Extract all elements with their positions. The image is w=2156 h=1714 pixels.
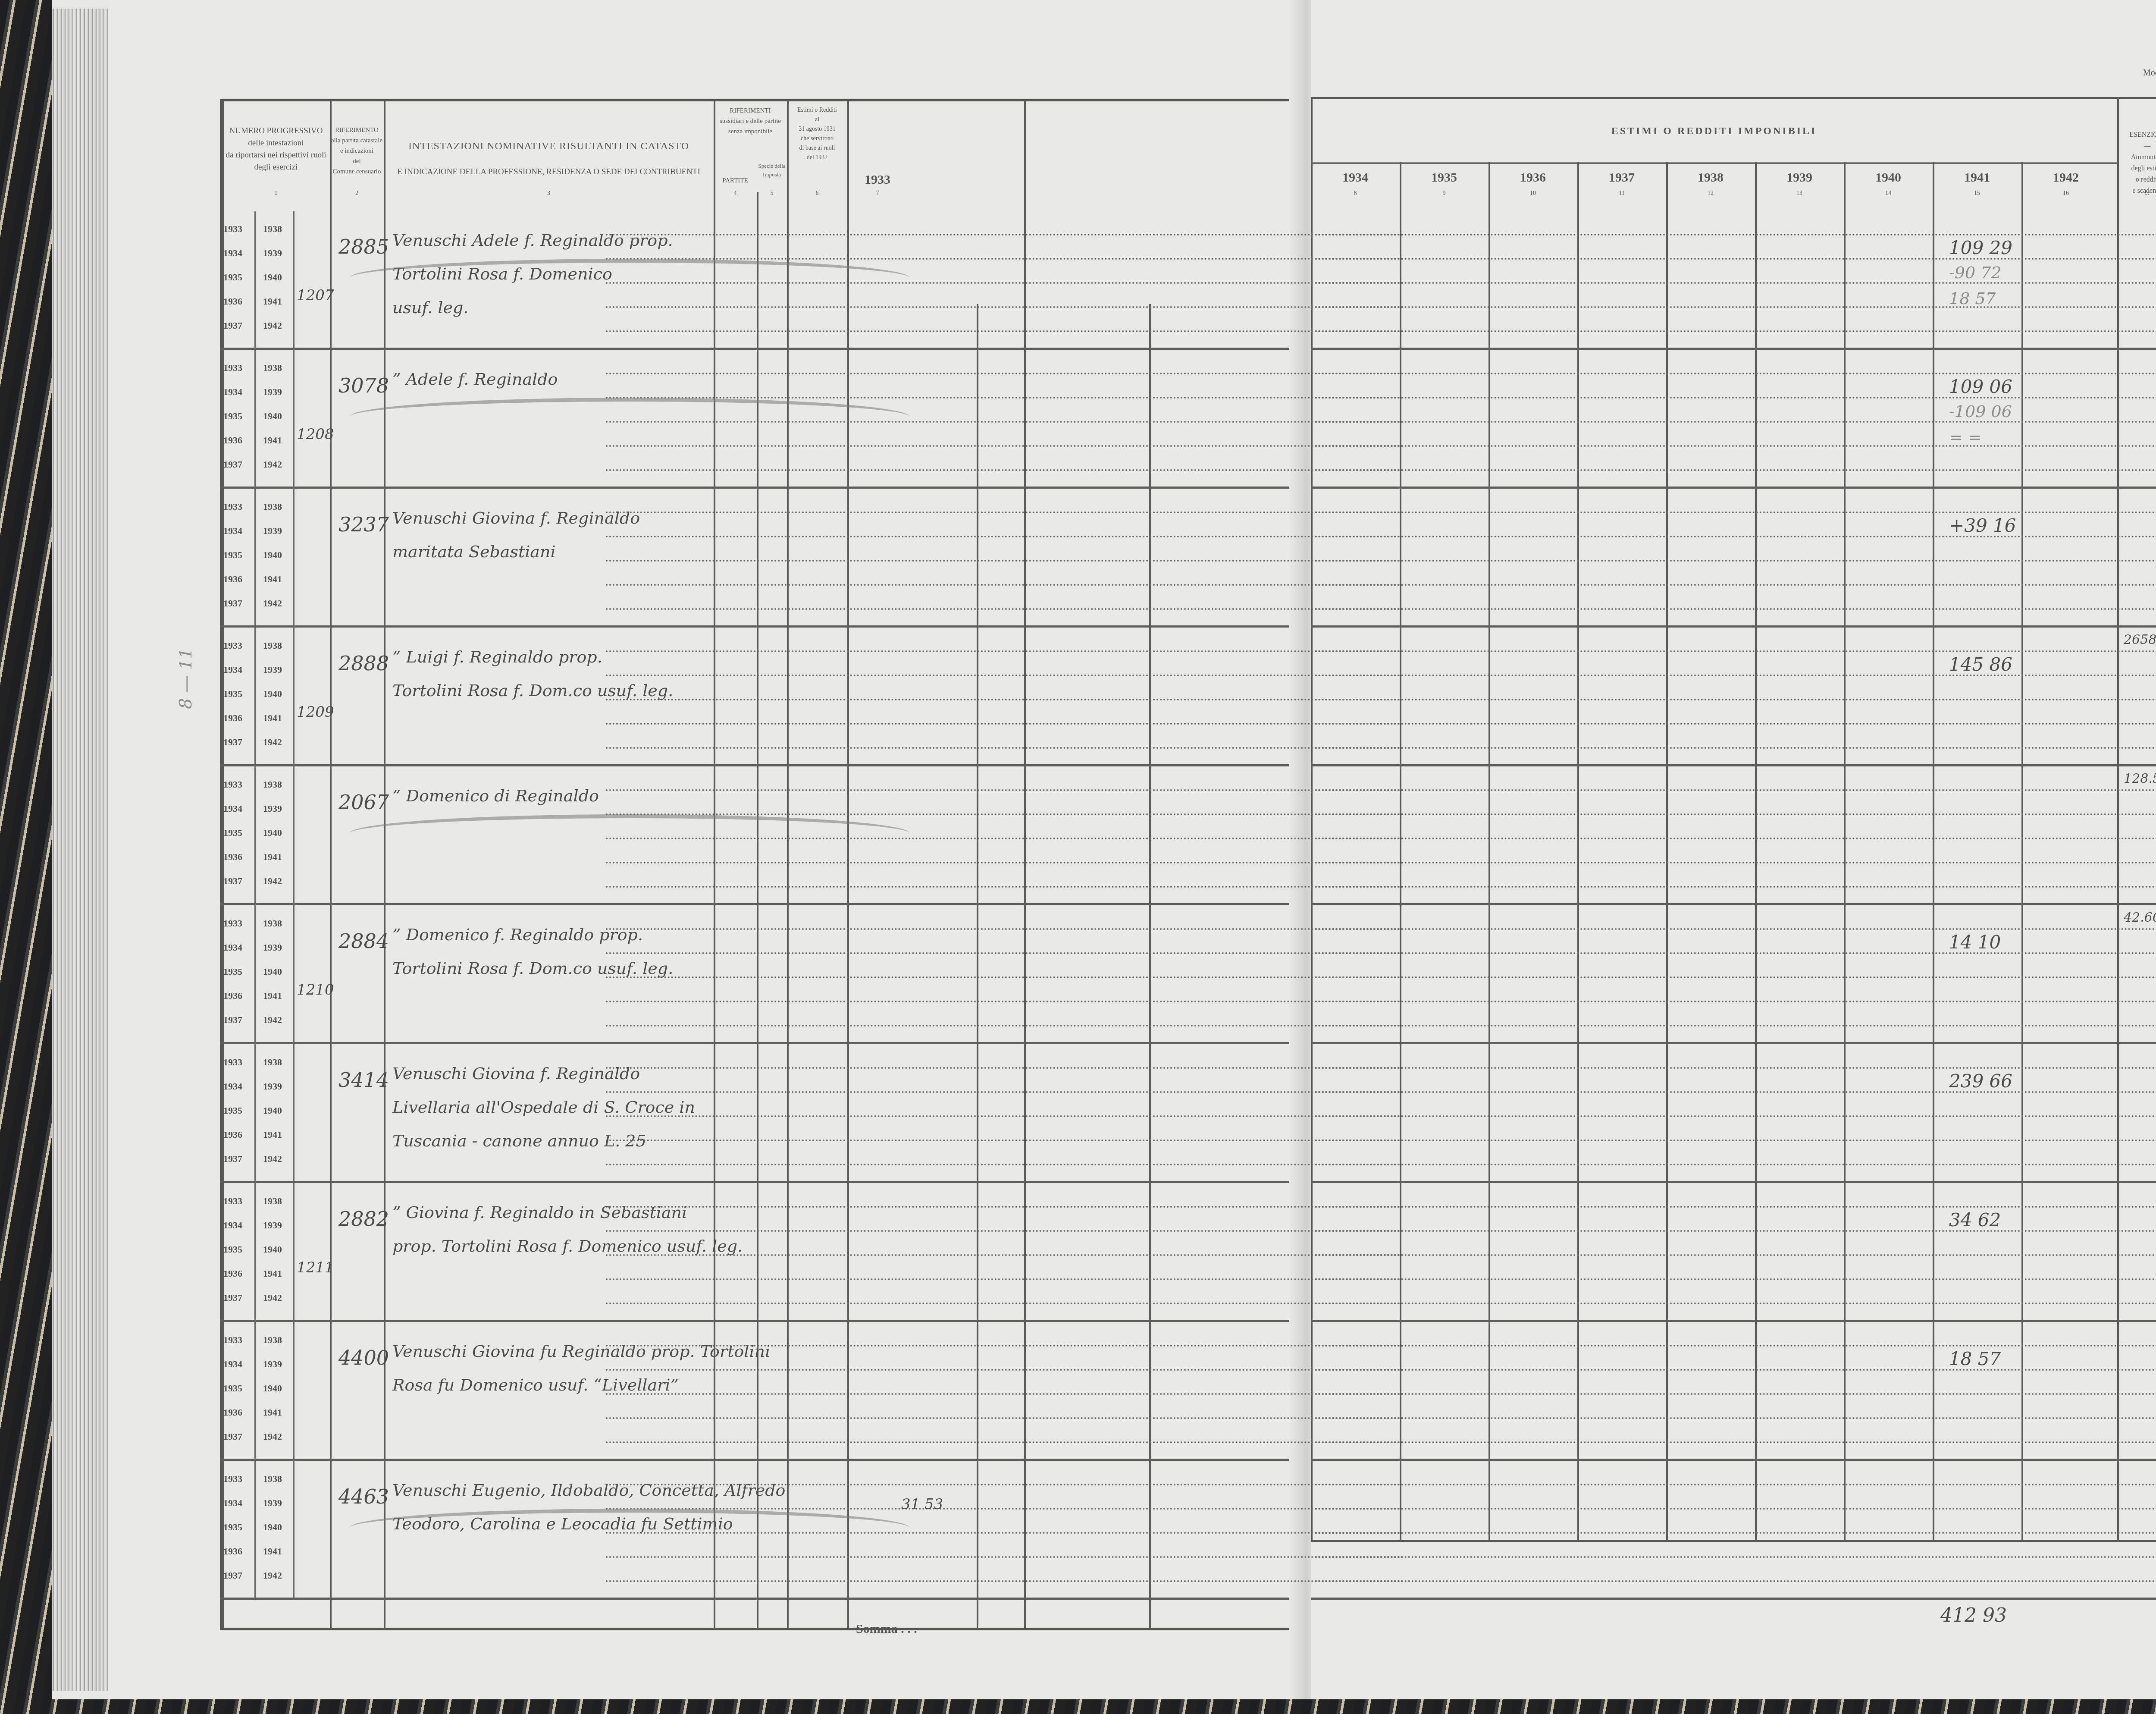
dotted-rule: [606, 1115, 1404, 1117]
year-label: 1940: [263, 272, 282, 283]
year-label: 1935: [223, 688, 242, 700]
year-col-line: [1577, 162, 1579, 1540]
dotted-rule: [1315, 1393, 2156, 1395]
year-label: 1941: [263, 1129, 282, 1140]
year-divider: [1311, 162, 2117, 164]
dotted-rule: [606, 608, 1404, 610]
value-1941: 14 10: [1949, 932, 2001, 953]
partita-number: 4400: [338, 1346, 389, 1369]
year-label: 1942: [263, 1431, 282, 1442]
year-header: 1937: [1577, 170, 1666, 185]
dotted-rule: [606, 1417, 1404, 1419]
year-label: 1941: [263, 435, 282, 446]
year-label: 1936: [223, 574, 242, 585]
dotted-rule: [1315, 258, 2156, 260]
dotted-rule: [1315, 1206, 2156, 1208]
dotted-rule: [606, 886, 1404, 888]
year-label: 1933: [223, 918, 242, 929]
dotted-rule: [1315, 1417, 2156, 1419]
dotted-rule: [606, 1091, 1404, 1093]
dotted-rule: [1315, 1556, 2156, 1558]
col-num: 10: [1489, 188, 1577, 200]
year-label: 1941: [263, 713, 282, 724]
dotted-rule: [606, 1508, 1404, 1510]
dotted-rule: [1315, 1278, 2156, 1280]
intestazione-line: Venuschi Eugenio, Ildobaldo, Concetta, A…: [392, 1481, 786, 1500]
dotted-rule: [606, 862, 1404, 863]
dotted-rule: [1315, 397, 2156, 399]
partita-number: 4463: [338, 1485, 389, 1508]
year-label: 1933: [223, 362, 242, 374]
col-line: [293, 767, 295, 906]
year-col-line: [1933, 162, 1934, 1540]
dotted-rule: [1315, 560, 2156, 562]
year-label: 1939: [263, 664, 282, 675]
year-label: 1940: [263, 1522, 282, 1533]
year-label: 1936: [223, 1268, 242, 1279]
row-divider: [1311, 1181, 2156, 1183]
year-label: 1938: [263, 501, 282, 512]
row-divider: [220, 903, 1289, 905]
year-label: 1935: [223, 549, 242, 561]
col4-header: PARTITE: [714, 175, 757, 187]
dotted-rule: [606, 1303, 1404, 1304]
dotted-rule: [606, 723, 1404, 725]
esenzioni-header: ESENZIONI — Ammontare degli estimi o red…: [2117, 129, 2156, 197]
partita-number: 3237: [338, 513, 389, 536]
year-label: 1936: [223, 713, 242, 724]
dotted-rule: [1315, 650, 2156, 652]
esenzione-value: 2658: [2124, 632, 2156, 647]
year-label: 1942: [263, 737, 282, 748]
right-page: Mod. 111 - Imposte Dirette (Intercalare)…: [1311, 0, 2156, 1699]
dotted-rule: [1315, 1441, 2156, 1443]
intestazione-line: ” Domenico di Reginaldo: [392, 786, 599, 805]
col-num: 12: [1666, 188, 1755, 200]
partita-number: 3414: [338, 1068, 389, 1092]
esenzione-value: 128.58: [2124, 771, 2156, 786]
year-label: 1936: [223, 296, 242, 307]
dotted-rule: [1315, 306, 2156, 308]
col1-header: NUMERO PROGRESSIVO delle intestazioni da…: [222, 125, 330, 173]
col7-header: 1933: [847, 173, 908, 187]
year-label: 1939: [263, 942, 282, 953]
col5-header: Specie della Imposta: [757, 162, 787, 179]
year-header: 1935: [1400, 170, 1489, 185]
intestazione-line: Tortolini Rosa f. Dom.co usuf. leg.: [392, 959, 673, 978]
group-title: ESTIMI O REDDITI IMPONIBILI: [1311, 125, 2117, 137]
dotted-rule: [1315, 952, 2156, 954]
col4-5-header: RIFERIMENTI sussidiari e delle partite s…: [714, 106, 787, 137]
right-table: ESTIMI O REDDITI IMPONIBILI ESENZIONI — …: [1311, 97, 2156, 1542]
sequence-note: 1211: [297, 1259, 334, 1276]
col-line: [293, 1045, 295, 1183]
year-label: 1942: [263, 459, 282, 470]
dotted-rule: [606, 976, 1404, 978]
dotted-rule: [1315, 1140, 2156, 1141]
dotted-rule: [1315, 1532, 2156, 1534]
col-line: [293, 350, 295, 489]
year-label: 1936: [223, 851, 242, 863]
intestazione-line: ” Adele f. Reginaldo: [392, 370, 558, 389]
intestazione-line: Tortolini Rosa f. Dom.co usuf. leg.: [392, 681, 673, 700]
year-label: 1936: [223, 1546, 242, 1557]
row-divider: [1311, 487, 2156, 489]
dotted-rule: [606, 952, 1404, 954]
year-label: 1941: [263, 574, 282, 585]
year-label: 1937: [223, 459, 242, 470]
year-label: 1936: [223, 435, 242, 446]
year-label: 1937: [223, 876, 242, 887]
value-1941: 18 57: [1949, 1348, 2001, 1369]
intestazione-line: ” Domenico f. Reginaldo prop.: [392, 925, 643, 944]
col-line: [254, 628, 256, 767]
row-divider: [1311, 1598, 2156, 1600]
intestazione-line: Venuschi Adele f. Reginaldo prop.: [392, 231, 673, 250]
esenzione-value: 42.60: [2124, 910, 2156, 925]
year-label: 1938: [263, 362, 282, 374]
row-divider: [1311, 1320, 2156, 1322]
intestazione-line: Venuschi Giovina fu Reginaldo prop. Tort…: [392, 1342, 770, 1361]
dotted-rule: [1315, 747, 2156, 749]
dotted-rule: [606, 1369, 1404, 1371]
year-label: 1939: [263, 1497, 282, 1509]
dotted-rule: [606, 1025, 1404, 1027]
dotted-rule: [1315, 1025, 2156, 1027]
dotted-rule: [606, 536, 1404, 537]
col-num: 2: [330, 188, 384, 200]
dotted-rule: [1315, 421, 2156, 423]
cancellation-stroke: [349, 814, 910, 853]
dotted-rule: [1315, 1001, 2156, 1002]
dotted-rule: [1315, 1091, 2156, 1093]
dotted-rule: [606, 469, 1404, 471]
value-1941-adjustment: -90 72: [1949, 263, 2002, 282]
row-divider: [1311, 625, 2156, 628]
partita-number: 2882: [338, 1207, 389, 1231]
col-num: 1: [222, 188, 330, 200]
row-divider: [220, 348, 1289, 350]
dotted-rule: [1315, 1115, 2156, 1117]
year-label: 1937: [223, 1431, 242, 1442]
dotted-rule: [606, 650, 1404, 652]
dotted-rule: [606, 234, 1404, 235]
year-label: 1939: [263, 1220, 282, 1231]
dotted-rule: [606, 813, 1404, 815]
row-divider: [220, 1181, 1289, 1183]
cancellation-stroke: [349, 1509, 910, 1547]
year-label: 1937: [223, 1014, 242, 1026]
year-label: 1937: [223, 737, 242, 748]
value-1941: 145 86: [1949, 654, 2012, 675]
dotted-rule: [1315, 1303, 2156, 1304]
year-label: 1942: [263, 876, 282, 887]
dotted-rule: [606, 1556, 1404, 1558]
year-label: 1939: [263, 803, 282, 814]
row-divider: [220, 625, 1289, 628]
col-num: 11: [1577, 188, 1666, 200]
intestazione-line: ” Luigi f. Reginaldo prop.: [392, 647, 602, 666]
value-1941-adjustment: -109 06: [1949, 402, 2012, 421]
year-label: 1941: [263, 1407, 282, 1418]
year-label: 1939: [263, 525, 282, 537]
year-label: 1939: [263, 1081, 282, 1092]
value-1941: +39 16: [1949, 515, 2016, 536]
year-label: 1942: [263, 598, 282, 609]
col2-header: RIFERIMENTO alla partita catastale e ind…: [330, 125, 384, 177]
year-label: 1937: [223, 1292, 242, 1303]
col-num: 4: [714, 188, 757, 200]
dotted-rule: [1315, 1484, 2156, 1485]
sequence-note: 1209: [297, 703, 334, 721]
year-label: 1934: [223, 664, 242, 675]
dotted-rule: [1315, 234, 2156, 235]
year-label: 1941: [263, 1268, 282, 1279]
year-header: 1938: [1666, 170, 1755, 185]
model-label: Mod. 111 - Imposte Dirette (Intercalare)…: [2143, 68, 2156, 78]
year-label: 1935: [223, 1383, 242, 1394]
col6-header: Estimi o Redditi al 31 agosto 1931 che s…: [787, 106, 847, 163]
dotted-rule: [606, 1140, 1404, 1141]
year-label: 1938: [263, 1473, 282, 1485]
col-line: [254, 489, 256, 628]
intestazione-line: Venuschi Giovina f. Reginaldo: [392, 509, 640, 527]
year-label: 1940: [263, 688, 282, 700]
dotted-rule: [1315, 862, 2156, 863]
value-1941-adjustment: = =: [1949, 428, 1982, 447]
dotted-rule: [1315, 699, 2156, 700]
dotted-rule: [1315, 976, 2156, 978]
row-divider: [220, 487, 1289, 489]
col-num: 3: [384, 188, 714, 200]
year-label: 1934: [223, 1081, 242, 1092]
year-col-line: [1666, 162, 1668, 1540]
year-label: 1933: [223, 640, 242, 651]
dotted-rule: [606, 397, 1404, 399]
intestazione-line: maritata Sebastiani: [392, 542, 556, 561]
dotted-rule: [606, 330, 1404, 332]
col-num: 5: [757, 188, 787, 200]
dotted-rule: [1315, 1345, 2156, 1347]
left-table: NUMERO PROGRESSIVO delle intestazioni da…: [220, 99, 1291, 1630]
row-divider: [220, 1598, 1289, 1600]
year-label: 1936: [223, 990, 242, 1001]
sequence-note: 1208: [297, 426, 334, 443]
intestazione-line: Tuscania - canone annuo L. 25: [392, 1131, 646, 1150]
row-divider: [220, 1042, 1289, 1044]
partita-number: 2884: [338, 929, 389, 953]
dotted-rule: [1315, 282, 2156, 284]
dotted-rule: [1315, 1580, 2156, 1582]
col-line: [293, 906, 295, 1045]
dotted-rule: [1315, 608, 2156, 610]
year-label: 1938: [263, 918, 282, 929]
dotted-rule: [1315, 373, 2156, 374]
year-label: 1938: [263, 1057, 282, 1068]
dotted-rule: [1315, 928, 2156, 930]
col-line: [254, 767, 256, 906]
col-num: 17: [2117, 188, 2156, 200]
dotted-rule: [1315, 1369, 2156, 1371]
year-label: 1940: [263, 1105, 282, 1116]
col-line: [293, 211, 295, 350]
dotted-rule: [1315, 886, 2156, 888]
dotted-rule: [606, 1580, 1404, 1582]
year-label: 1938: [263, 223, 282, 235]
year-label: 1933: [223, 223, 242, 235]
dotted-rule: [606, 789, 1404, 791]
value-1941-adjustment: 18 57: [1949, 289, 1996, 308]
value-1941: 109 06: [1949, 376, 2012, 397]
dotted-rule: [1315, 512, 2156, 513]
col-num: 8: [1311, 188, 1400, 200]
dotted-rule: [1315, 675, 2156, 676]
dotted-rule: [606, 1067, 1404, 1069]
year-label: 1940: [263, 966, 282, 977]
sequence-note: 1210: [297, 981, 334, 998]
year-label: 1941: [263, 990, 282, 1001]
year-label: 1942: [263, 1014, 282, 1026]
dotted-rule: [606, 306, 1404, 308]
year-header: 1934: [1311, 170, 1400, 185]
dotted-rule: [606, 928, 1404, 930]
col-line: [293, 1183, 295, 1322]
year-label: 1940: [263, 827, 282, 838]
col-line: [254, 211, 256, 350]
year-col-line: [1755, 162, 1757, 1540]
year-label: 1935: [223, 411, 242, 422]
dotted-rule: [606, 1441, 1404, 1443]
value-1941: 109 29: [1949, 237, 2012, 258]
dotted-rule: [606, 747, 1404, 749]
col3-subtitle: E INDICAZIONE DELLA PROFESSIONE, RESIDEN…: [384, 166, 714, 178]
col-num: 6: [787, 188, 847, 200]
dotted-rule: [606, 1164, 1404, 1165]
dotted-rule: [1315, 838, 2156, 839]
year-label: 1934: [223, 1497, 242, 1509]
somma-label: Somma . . .: [856, 1622, 917, 1636]
year-label: 1940: [263, 1244, 282, 1255]
dotted-rule: [606, 373, 1404, 374]
year-label: 1933: [223, 501, 242, 512]
year-label: 1935: [223, 1522, 242, 1533]
dotted-rule: [606, 445, 1404, 447]
year-label: 1939: [263, 248, 282, 259]
row-divider: [220, 764, 1289, 766]
year-label: 1934: [223, 1220, 242, 1231]
year-header: 1941: [1933, 170, 2021, 185]
year-label: 1934: [223, 248, 242, 259]
year-col-line: [2021, 162, 2023, 1540]
year-label: 1935: [223, 272, 242, 283]
year-label: 1938: [263, 1334, 282, 1346]
dotted-rule: [606, 675, 1404, 676]
dotted-rule: [606, 584, 1404, 586]
year-col-line: [1400, 162, 1401, 1540]
col-line: [293, 489, 295, 628]
intestazione-line: usuf. leg.: [392, 298, 468, 317]
year-label: 1935: [223, 1244, 242, 1255]
year-label: 1937: [223, 1153, 242, 1165]
year-label: 1936: [223, 1407, 242, 1418]
dotted-rule: [1315, 469, 2156, 471]
dotted-rule: [606, 1393, 1404, 1395]
year-label: 1933: [223, 1057, 242, 1068]
cancellation-stroke: [349, 259, 910, 297]
partita-number: 2888: [338, 652, 389, 675]
col-line: [254, 1183, 256, 1322]
dotted-rule: [1315, 1230, 2156, 1232]
year-label: 1941: [263, 1546, 282, 1557]
partita-number: 2067: [338, 791, 389, 814]
year-label: 1933: [223, 1334, 242, 1346]
dotted-rule: [1315, 1254, 2156, 1256]
year-label: 1935: [223, 1105, 242, 1116]
row-divider: [220, 1459, 1289, 1461]
year-label: 1939: [263, 386, 282, 398]
year-col-line: [1489, 162, 1490, 1540]
col-line: [254, 1461, 256, 1600]
col-line: [254, 906, 256, 1045]
year-header: 1942: [2021, 170, 2110, 185]
intestazione-line: Venuschi Giovina f. Reginaldo: [392, 1064, 640, 1083]
dotted-rule: [1315, 1067, 2156, 1069]
year-label: 1933: [223, 1196, 242, 1207]
year-label: 1934: [223, 1359, 242, 1370]
col-num: 16: [2021, 188, 2110, 200]
margin-pencil-note: 8 — 11: [176, 648, 196, 709]
dotted-rule: [1315, 536, 2156, 537]
partita-number: 2885: [338, 235, 389, 258]
year-label: 1939: [263, 1359, 282, 1370]
value-1941: 239 66: [1949, 1070, 2012, 1092]
year-header: 1939: [1755, 170, 1844, 185]
year-header: 1940: [1844, 170, 1933, 185]
year-label: 1938: [263, 779, 282, 790]
sequence-note: 1207: [297, 287, 334, 304]
value-1941: 34 62: [1949, 1209, 2001, 1231]
col-line: [293, 1322, 295, 1461]
row-divider: [1311, 348, 2156, 350]
year-label: 1941: [263, 851, 282, 863]
year-label: 1938: [263, 1196, 282, 1207]
dotted-rule: [606, 1206, 1404, 1208]
year-header: 1936: [1489, 170, 1577, 185]
year-label: 1940: [263, 1383, 282, 1394]
row-divider: [220, 1320, 1289, 1322]
row-divider: [1311, 1459, 2156, 1461]
year-label: 1940: [263, 549, 282, 561]
year-label: 1938: [263, 640, 282, 651]
year-label: 1934: [223, 525, 242, 537]
dotted-rule: [1315, 813, 2156, 815]
dotted-rule: [1315, 789, 2156, 791]
year-label: 1935: [223, 827, 242, 838]
cancellation-stroke: [349, 398, 910, 436]
dotted-rule: [606, 512, 1404, 513]
col-line: [254, 1322, 256, 1461]
dotted-rule: [1315, 584, 2156, 586]
year-label: 1937: [223, 1570, 242, 1581]
dotted-rule: [606, 1278, 1404, 1280]
row-divider: [1311, 764, 2156, 766]
intestazione-line: prop. Tortolini Rosa f. Domenico usuf. l…: [392, 1237, 743, 1256]
year-label: 1933: [223, 779, 242, 790]
col-num: 14: [1844, 188, 1933, 200]
intestazione-line: Rosa fu Domenico usuf. “Livellari”: [392, 1375, 679, 1394]
year-label: 1942: [263, 1570, 282, 1581]
year-label: 1942: [263, 1153, 282, 1165]
